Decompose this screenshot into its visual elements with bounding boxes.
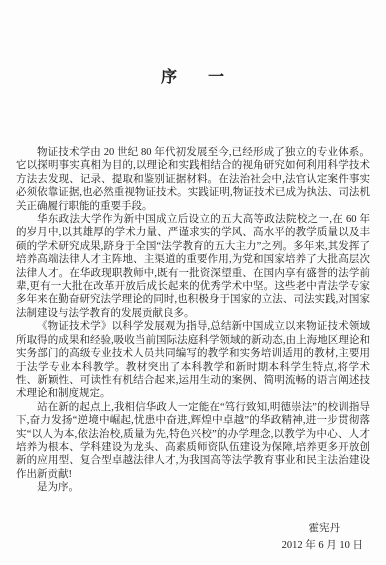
preface-body: 物证技术学由 20 世纪 80 年代初发展至今,已经形成了独立的专业体系。它以探…: [16, 146, 370, 495]
paragraph-closing: 是为序。: [16, 481, 370, 494]
paragraph-1: 物证技术学由 20 世纪 80 年代初发展至今,已经形成了独立的专业体系。它以探…: [16, 146, 370, 213]
paragraph-2: 华东政法大学作为新中国成立后设立的五大高等政法院校之一,在 60 年的岁月中,以…: [16, 213, 370, 320]
signature-name: 霍宪丹: [0, 521, 386, 537]
paragraph-4: 站在新的起点上,我相信华政人一定能在“笃行致知,明德崇法”的校训指导下,奋力发扬…: [16, 401, 370, 481]
signoff-block: 霍宪丹 2012 年 6 月 10 日: [0, 521, 386, 554]
page-title: 序 一: [0, 64, 386, 87]
book-preface-page: 序 一 物证技术学由 20 世纪 80 年代初发展至今,已经形成了独立的专业体系…: [0, 0, 386, 565]
title-char-second: 一: [208, 64, 225, 87]
signature-date: 2012 年 6 月 10 日: [0, 538, 386, 554]
title-char-first: 序: [161, 64, 178, 87]
paragraph-3: 《物证技术学》以科学发展观为指导,总结新中国成立以来物证技术领域所取得的成果和经…: [16, 320, 370, 400]
